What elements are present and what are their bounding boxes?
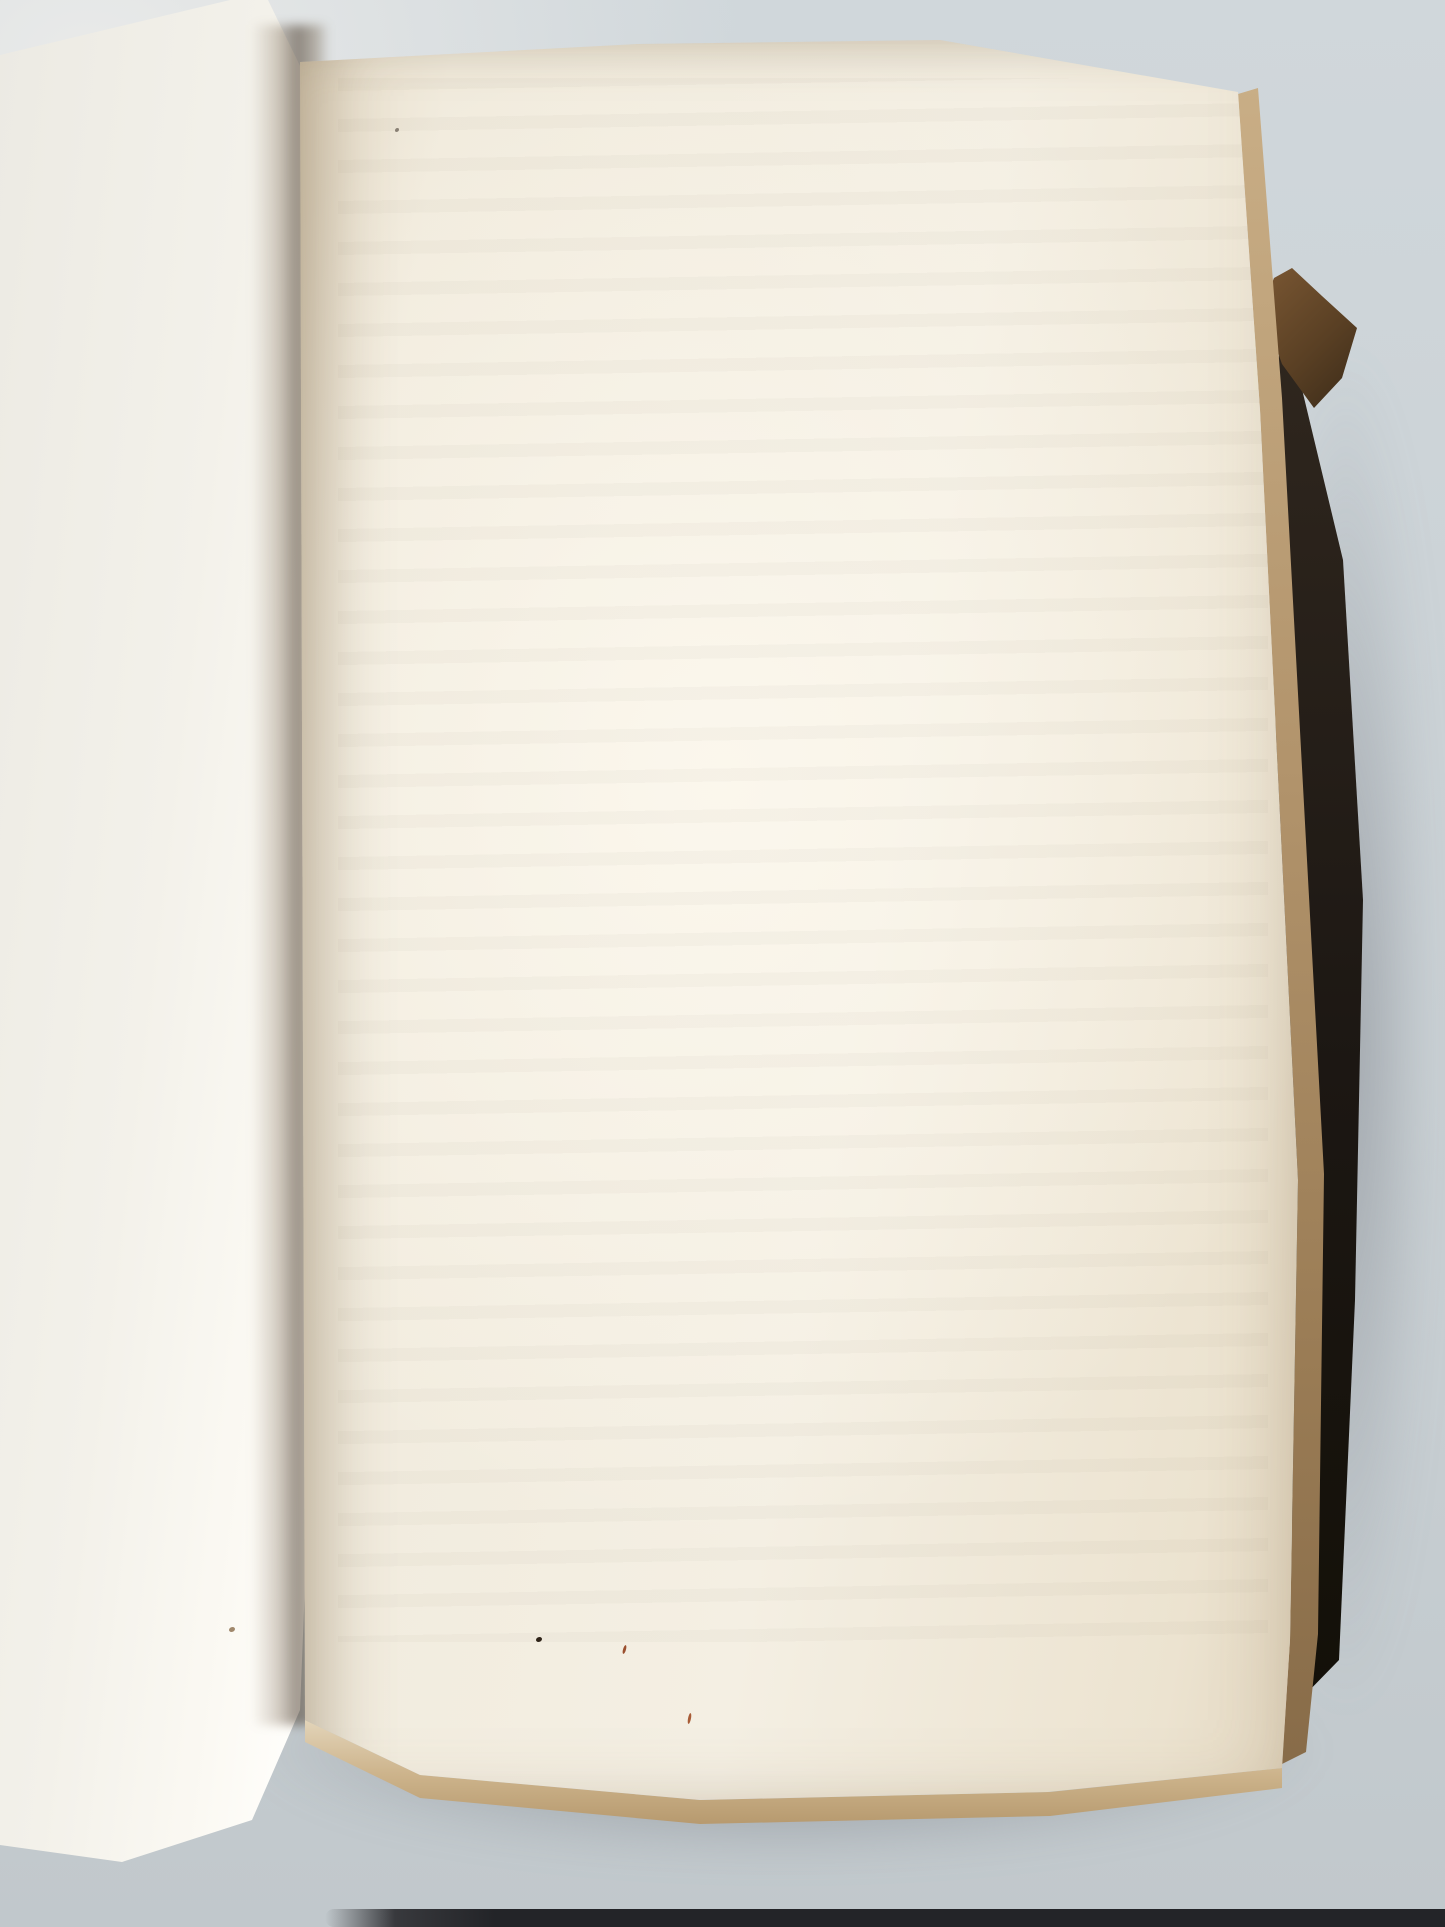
foxing-spot (395, 128, 399, 132)
photo-bottom-edge (325, 1909, 1445, 1927)
page-footer (348, 1604, 966, 1654)
stain-spot (687, 1713, 692, 1724)
show-through-texture (338, 78, 1268, 1642)
book-photo (0, 0, 1445, 1927)
right-page (298, 38, 1308, 1802)
